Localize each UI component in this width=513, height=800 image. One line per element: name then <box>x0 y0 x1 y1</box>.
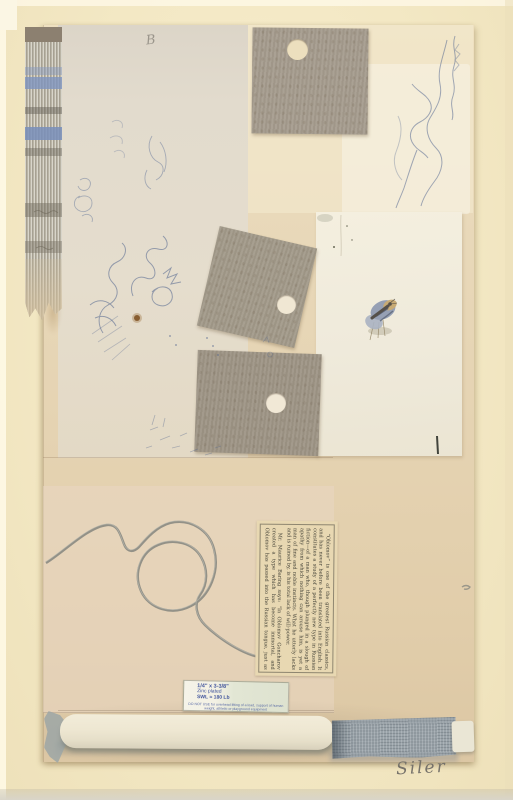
mat-edge-top <box>0 0 513 6</box>
punched-hole <box>287 39 308 60</box>
clipping-text: “Oblomov” is one of the greatest Russian… <box>263 527 330 670</box>
white-panel-paper <box>316 212 462 456</box>
fabric-dark-band <box>25 203 62 217</box>
punched-hole <box>277 295 296 314</box>
fabric-dark-band <box>25 107 62 114</box>
mat-edge-bottom <box>0 789 513 800</box>
collage-artwork-photo: “Oblomov” is one of the greatest Russian… <box>0 0 513 800</box>
fabric-strip-cap <box>25 27 62 42</box>
fabric-dark-band <box>25 241 62 253</box>
white-rolled-bar <box>60 714 334 750</box>
cardboard-piece-lower <box>194 350 321 456</box>
cardboard-square-top <box>251 27 368 134</box>
mat-edge-right <box>505 0 513 800</box>
mat-edge-left <box>0 0 6 800</box>
pencil-letter-b: B <box>145 33 156 49</box>
paper-seam <box>43 457 333 458</box>
fabric-blue-stripe <box>25 77 62 89</box>
fabric-blue-stripe <box>25 67 62 75</box>
punched-hole <box>266 393 286 413</box>
clipping-paragraph: Mr. Maurice Baring says: “In Oblomov Gon… <box>263 527 283 669</box>
mat-corner-highlight <box>0 0 17 30</box>
clipping-paragraph: “Oblomov” is one of the greatest Russian… <box>283 527 330 669</box>
hardware-label-sticker: 1/4" x 3-3/8" Zinc plated SWL = 180 Lb D… <box>183 680 290 713</box>
newspaper-clipping: “Oblomov” is one of the greatest Russian… <box>255 521 338 677</box>
woven-fabric-strip <box>25 27 62 320</box>
fabric-blue-stripe <box>25 127 62 140</box>
artist-signature: Siler <box>396 755 487 780</box>
white-end-tip <box>451 721 474 753</box>
fabric-faded-end <box>25 259 62 320</box>
fabric-dark-band <box>25 148 62 156</box>
blue-gray-fabric-segment <box>332 717 457 759</box>
label-fine-print: DO NOT USE for overhead lifting of a loa… <box>187 702 285 712</box>
